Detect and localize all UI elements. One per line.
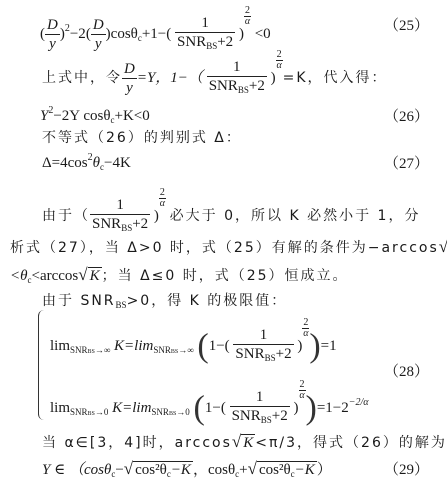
denominator: SNRBS+2	[233, 344, 293, 367]
fraction-1-over-snr: 1SNRBS+2	[230, 389, 290, 429]
assign-Y: =Y，1−（	[137, 70, 203, 86]
open-paren: (	[194, 390, 205, 427]
limit-subscript: SNRBS→0	[151, 407, 189, 417]
snr-intro-suffix: >0，得 K 的极限值：	[127, 293, 288, 309]
sqrt-K: √K	[439, 237, 447, 257]
term: −K	[171, 462, 191, 478]
exponent: −2/α	[349, 397, 369, 408]
radical-icon: √	[232, 432, 241, 451]
analysis-line: 析式（27），当 Δ>0 时，式（25）有解的条件为−arccos√K	[10, 237, 447, 257]
result: =1−2	[317, 400, 349, 416]
equation-number-26: （26）	[384, 105, 429, 126]
denominator: y	[122, 78, 137, 97]
exponent-2-over-alpha: 2α	[159, 188, 166, 209]
arrow: →∞	[95, 345, 110, 355]
term: −K	[295, 462, 315, 478]
term: +2	[272, 408, 288, 424]
open-paren: (	[197, 328, 208, 365]
radicand: K	[88, 267, 102, 284]
result: =1	[321, 338, 337, 354]
assign-K: =K，代入得：	[283, 70, 388, 86]
lim: lim	[50, 338, 70, 354]
equation-27: Δ=4cos2θc−4K	[42, 152, 131, 172]
condition-text: ；当 Δ≤0 时，式（25）恒成立。	[102, 268, 349, 284]
arrow: →∞	[178, 345, 193, 355]
numerator: D	[45, 17, 60, 34]
equation-26: Y2−2Y cosθc+K<0	[40, 105, 150, 125]
radical-icon: √	[248, 459, 257, 478]
sqrt-expression: √cos²θc−K	[124, 459, 193, 479]
numerator: 1	[90, 197, 150, 214]
numerator: D	[122, 61, 137, 78]
snr-label: SNR	[232, 408, 261, 424]
numerator: 1	[207, 59, 267, 76]
radical-icon: √	[439, 237, 447, 256]
condition-line: <θc<arccos√K；当 Δ≤0 时，式（25）恒成立。	[10, 265, 349, 285]
radicand: cos²θc−K	[133, 461, 193, 478]
fraction-1-over-snr: 1SNRBS+2	[233, 327, 293, 367]
snr: SNR	[70, 345, 88, 355]
snr: SNR	[70, 407, 88, 417]
term: −2Y cosθ	[53, 108, 110, 124]
term: −4K	[104, 155, 131, 171]
exp-den: α	[245, 16, 250, 27]
fraction-D-over-y: Dy	[122, 61, 137, 97]
subscript: BS	[261, 415, 272, 425]
alpha-suffix: <π/3，得式（26）的解为：	[255, 435, 447, 451]
sqrt-K: √K	[78, 265, 101, 285]
term: cos²θ	[135, 462, 167, 478]
snr-label: SNR	[92, 216, 121, 232]
minus: −	[115, 462, 123, 478]
arrow: →0	[176, 407, 190, 417]
cos-theta: cosθ	[111, 26, 138, 42]
term: +K<0	[115, 108, 150, 124]
exponent-2-over-alpha: 2α	[244, 6, 251, 27]
since-conclusion: 必大于 0，所以 K 必然小于 1，分	[170, 208, 421, 224]
limit-subscript: SNRBS→∞	[70, 345, 110, 355]
exp-den: α	[299, 390, 304, 401]
term: cos²θ	[259, 462, 291, 478]
alpha-text: 当 α∈[3，4]时，arccos	[42, 435, 232, 451]
fraction-1-over-snr: 1SNRBS+2	[175, 15, 235, 55]
snr-label: SNR	[177, 34, 206, 50]
fraction-D-over-y: Dy	[45, 17, 60, 53]
numerator: 1	[230, 389, 290, 406]
term: +1−	[142, 26, 166, 42]
subscript: BS	[265, 353, 276, 363]
analysis-text: 析式（27），当 Δ>0 时，式（25）有解的条件为−arccos	[10, 240, 439, 256]
term: ，cosθ	[193, 462, 235, 478]
close-paren: ）	[317, 462, 332, 478]
snr-intro-text: 由于 SNR	[42, 293, 116, 309]
term: K=lim	[114, 338, 153, 354]
radical-icon: √	[124, 459, 133, 478]
limit-subscript: SNRBS→0	[70, 407, 108, 417]
equation-28-line-2: limSNRBS→0 K=limSNRBS→0 (1−( 1SNRBS+2 )2…	[50, 380, 369, 429]
sqrt-K: √K	[232, 432, 255, 452]
fraction-1-over-snr: 1SNRBS+2	[90, 197, 150, 237]
subscript: BS	[238, 85, 249, 95]
term: +2	[276, 346, 292, 362]
fraction-D-over-y-2: Dy	[91, 17, 106, 53]
snr-intro-line: 由于 SNRBS>0，得 K 的极限值：	[42, 290, 287, 310]
subscript: BS	[121, 223, 132, 233]
equation-29: Y ∈ （cosθc−√cos²θc−K，cosθc+√cos²θc−K）	[42, 458, 332, 479]
equation-28-line-1: limSNRBS→∞ K=limSNRBS→∞ (1−( 1SNRBS+2 )2…	[50, 318, 337, 367]
exponent-2-over-alpha: 2α	[299, 380, 306, 401]
left-brace-icon	[38, 310, 47, 420]
equation-25: (Dy)2−2(Dy)cosθc+1−( 1SNRBS+2 )2α <0	[40, 6, 271, 55]
relation: <0	[255, 26, 271, 42]
let-line: 上式中，令Dy=Y，1−（ 1SNRBS+2 )2α=K，代入得：	[42, 50, 388, 99]
since-text: 由于（	[42, 208, 90, 224]
alpha-line: 当 α∈[3，4]时，arccos√K<π/3，得式（26）的解为：	[42, 432, 447, 452]
exp-den: α	[303, 328, 308, 339]
limit-subscript: SNRBS→∞	[153, 345, 193, 355]
plus: +	[239, 462, 247, 478]
numerator: 1	[233, 327, 293, 344]
numerator: D	[91, 17, 106, 34]
let-text: 上式中，令	[42, 70, 122, 86]
term: K=lim	[112, 400, 151, 416]
term: Δ=4cos	[42, 155, 88, 171]
close-paren: )	[306, 390, 317, 427]
exp-den: α	[276, 60, 281, 71]
exponent-2-over-alpha: 2α	[276, 50, 283, 71]
equation-number-28: （28）	[384, 360, 429, 381]
equation-number-27: （27）	[384, 152, 429, 173]
snr: SNR	[151, 407, 169, 417]
radical-icon: √	[78, 265, 87, 284]
bs: BS	[88, 411, 95, 417]
lim: lim	[50, 400, 70, 416]
term: <θ	[10, 268, 28, 284]
arrow: →0	[95, 407, 109, 417]
sqrt-expression: √cos²θc−K	[248, 459, 317, 479]
radicand: cos²θc−K	[257, 461, 317, 478]
snr-label: SNR	[235, 346, 264, 362]
term: +2	[217, 34, 233, 50]
denominator: SNRBS+2	[207, 76, 267, 99]
numerator: 1	[175, 15, 235, 32]
theta: θ	[93, 155, 100, 171]
bs: BS	[88, 349, 95, 355]
discriminant-intro: 不等式（26）的判别式 Δ：	[42, 127, 242, 147]
exp-den: α	[160, 198, 165, 209]
denominator: SNRBS+2	[90, 214, 150, 237]
snr-label: SNR	[209, 78, 238, 94]
equation-number-29: （29）	[384, 458, 429, 479]
since-line: 由于（1SNRBS+2 )2α 必大于 0，所以 K 必然小于 1，分	[42, 188, 420, 237]
equation-number-25: （25）	[384, 14, 429, 35]
term: <arccos	[32, 268, 79, 284]
close-paren: )	[309, 328, 320, 365]
term: Y ∈ （cosθ	[42, 462, 111, 478]
radicand: K	[241, 434, 255, 451]
denominator: SNRBS+2	[230, 406, 290, 429]
snr: SNR	[153, 345, 171, 355]
term: +2	[249, 78, 265, 94]
term: −2	[70, 26, 86, 42]
subscript: BS	[116, 300, 127, 310]
term: +2	[132, 216, 148, 232]
fraction-1-over-snr: 1SNRBS+2	[207, 59, 267, 99]
